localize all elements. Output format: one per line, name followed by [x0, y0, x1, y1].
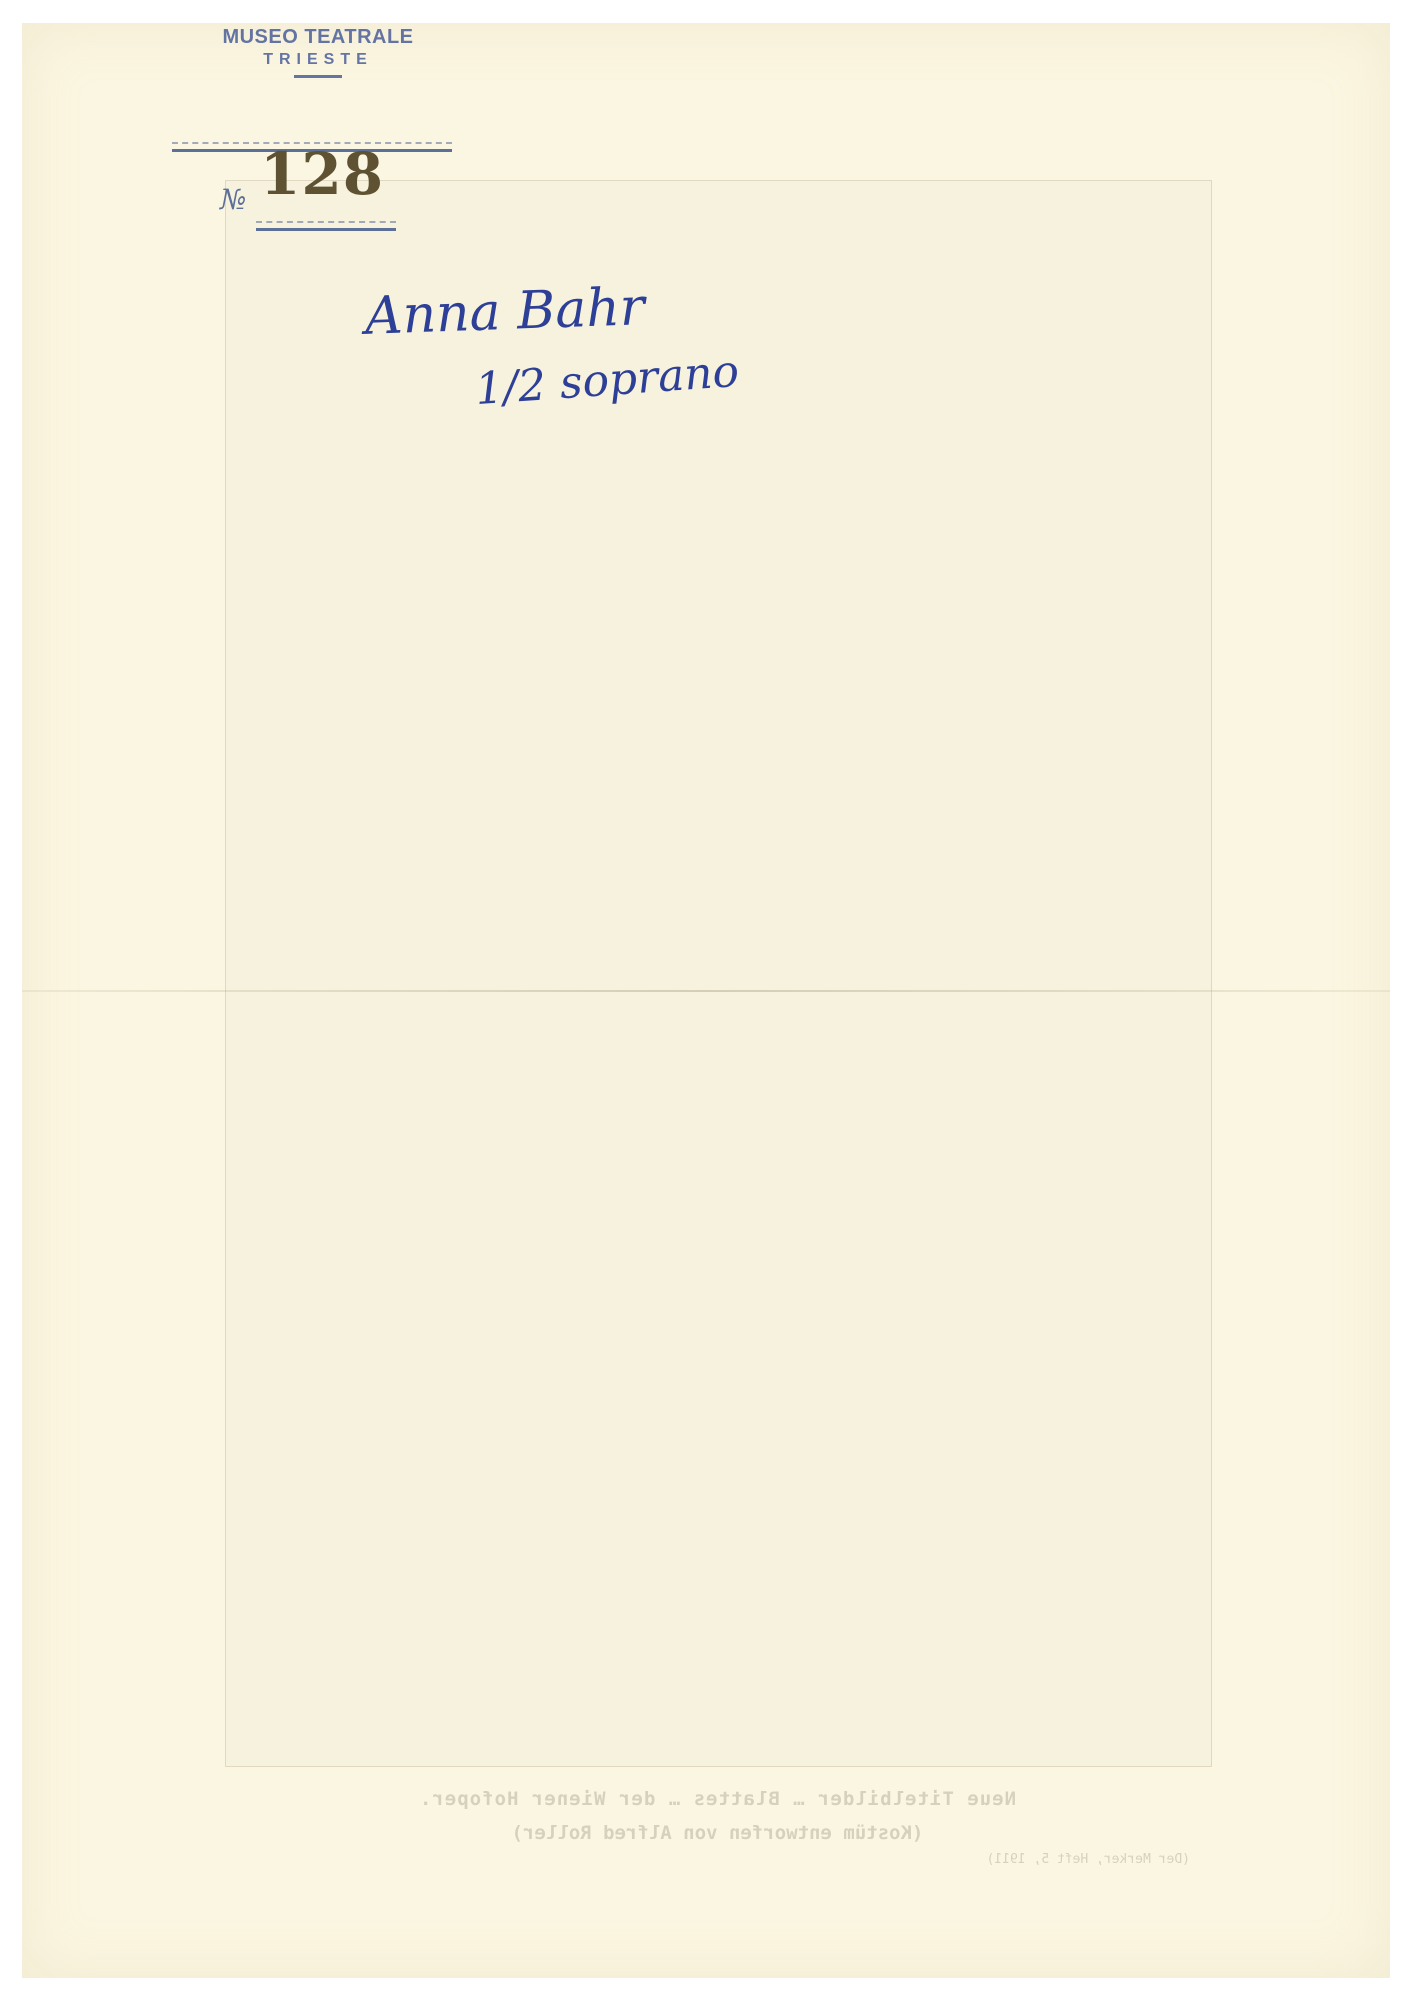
caption-line-2: (Kostüm entworfen von Alfred Roller): [225, 1822, 1210, 1844]
plate-impression-border: [225, 180, 1212, 1767]
inventory-number: 128: [260, 140, 384, 208]
museum-stamp: MUSEO TEATRALE TRIESTE: [198, 26, 438, 78]
stamp-line-1: MUSEO TEATRALE: [198, 26, 438, 49]
handwritten-name: Anna Bahr: [364, 277, 646, 347]
inventory-rule-bottom: [256, 221, 396, 231]
mirrored-caption: Neue Titelbilder … Blattes … der Wiener …: [225, 1788, 1210, 1867]
stamp-line-2: TRIESTE: [198, 51, 438, 69]
stamp-underline: [294, 75, 342, 78]
numero-sign: №: [220, 183, 247, 216]
horizontal-fold-crease: [22, 990, 1390, 992]
caption-line-1: Neue Titelbilder … Blattes … der Wiener …: [225, 1788, 1210, 1810]
caption-line-3: (Der Merker, Heft 5, 1911): [225, 1852, 1210, 1867]
